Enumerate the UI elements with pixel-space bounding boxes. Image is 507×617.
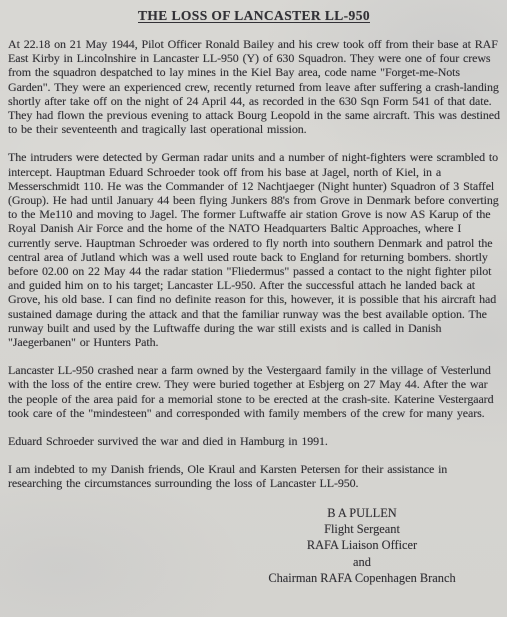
paragraph-mission: At 22.18 on 21 May 1944, Pilot Officer R… xyxy=(8,37,500,136)
paragraph-acknowledgements: I am indebted to my Danish friends, Ole … xyxy=(8,462,500,490)
signature-conjunction: and xyxy=(212,554,507,570)
paragraph-interception: The intruders were detected by German ra… xyxy=(8,150,500,349)
paragraph-schroeder-death: Eduard Schroeder survived the war and di… xyxy=(8,434,500,448)
signature-role-2: Chairman RAFA Copenhagen Branch xyxy=(212,570,507,586)
document-body: At 22.18 on 21 May 1944, Pilot Officer R… xyxy=(8,37,500,491)
signature-rank: Flight Sergeant xyxy=(212,521,507,537)
scanned-document-page: THE LOSS OF LANCASTER LL-950 At 22.18 on… xyxy=(0,0,507,617)
document-title: THE LOSS OF LANCASTER LL-950 xyxy=(8,8,500,24)
signature-name: B A PULLEN xyxy=(212,505,507,521)
signature-block: B A PULLEN Flight Sergeant RAFA Liaison … xyxy=(212,505,507,586)
paragraph-crash: Lancaster LL-950 crashed near a farm own… xyxy=(8,363,500,420)
signature-role: RAFA Liaison Officer xyxy=(212,537,507,553)
